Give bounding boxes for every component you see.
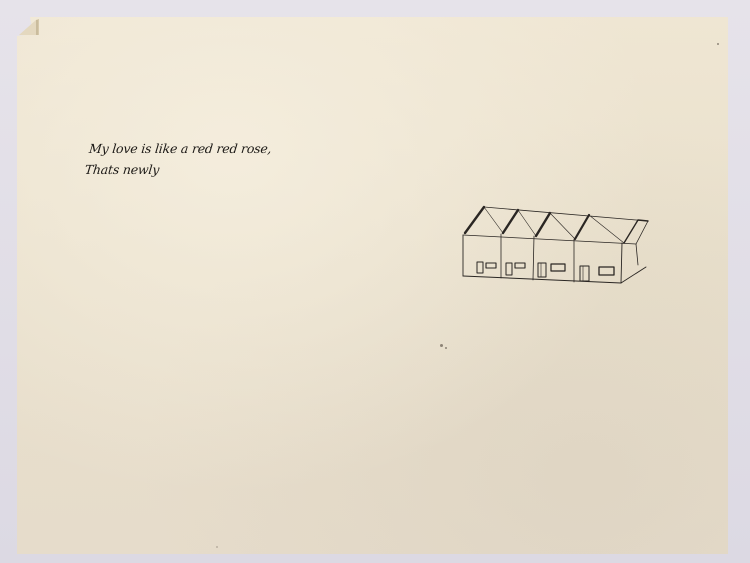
window-1 xyxy=(486,263,496,268)
window-4 xyxy=(599,267,614,275)
folded-corner xyxy=(19,17,45,37)
paper-speck xyxy=(216,546,218,548)
window-3 xyxy=(551,264,565,271)
window-2 xyxy=(515,263,525,268)
paper-speck xyxy=(440,344,443,347)
door-4 xyxy=(580,266,589,281)
paper-speck xyxy=(717,43,719,45)
terraced-houses-drawing xyxy=(458,203,653,289)
handwritten-text: My love is like a red red rose, Thats ne… xyxy=(86,138,273,180)
door-1 xyxy=(477,262,483,273)
paper-speck xyxy=(445,347,447,349)
handwritten-line-2: Thats newly xyxy=(84,159,271,180)
handwritten-line-1: My love is like a red red rose, xyxy=(88,138,273,159)
door-2 xyxy=(506,263,512,275)
photo-scene: My love is like a red red rose, Thats ne… xyxy=(0,0,750,563)
door-3 xyxy=(538,263,546,277)
